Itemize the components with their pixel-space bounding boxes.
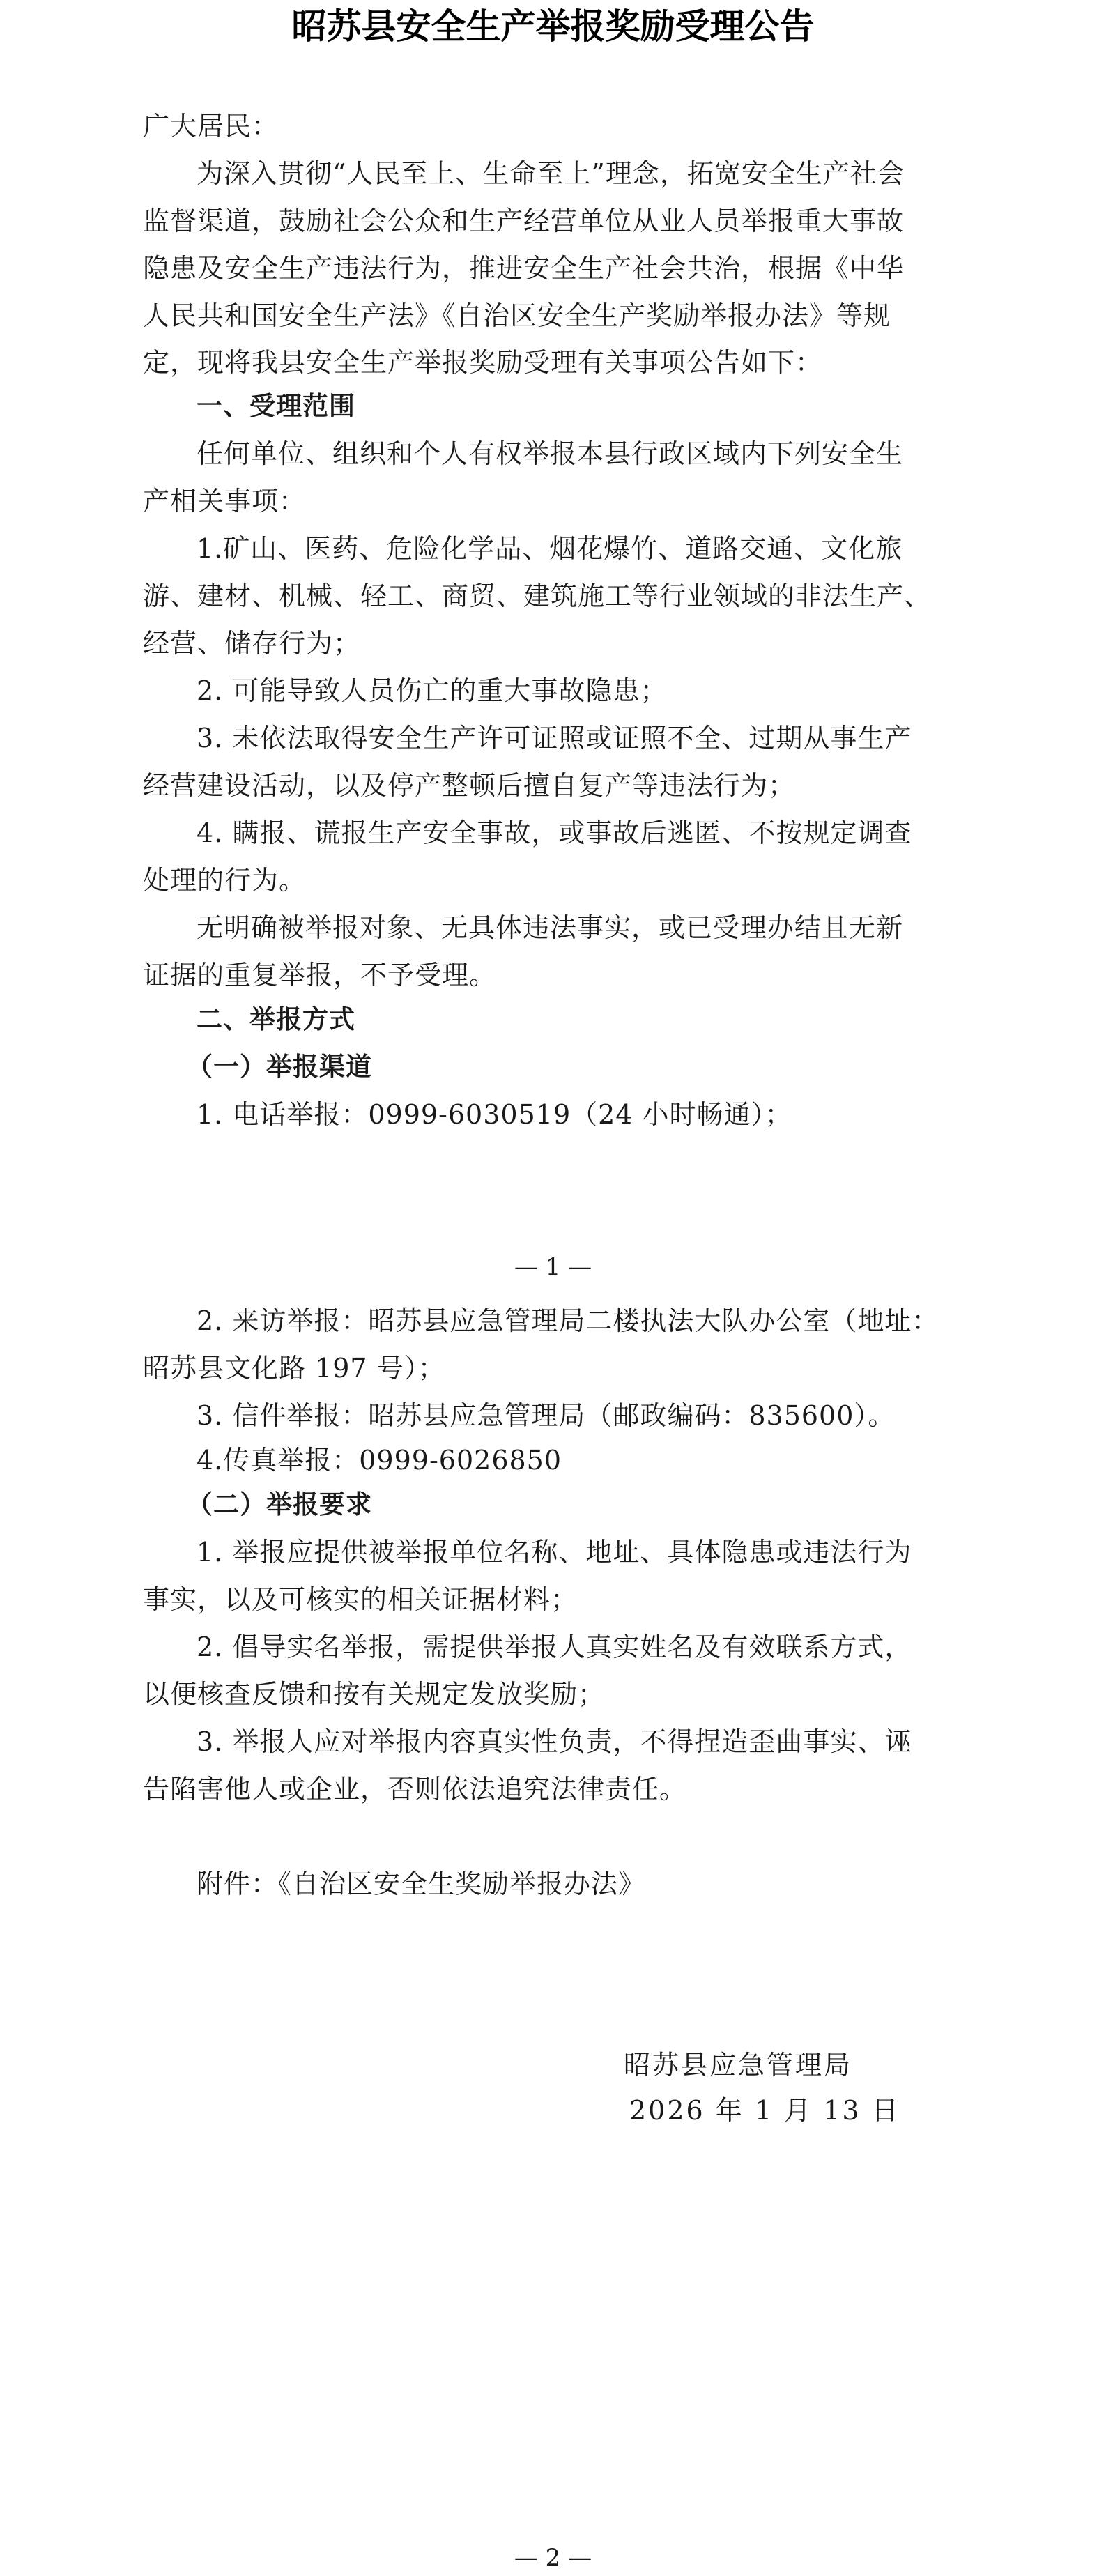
intro-line: 监督渠道，鼓励社会公众和生产经营单位从业人员举报重大事故	[143, 205, 965, 237]
list-item-line: 1.矿山、医药、危险化学品、烟花爆竹、道路交通、文化旅	[197, 532, 1019, 565]
paragraph-line: 证据的重复举报，不予受理。	[143, 959, 965, 991]
signature-organization: 昭苏县应急管理局	[624, 2049, 852, 2081]
signature-date: 2026 年 1 月 13 日	[629, 2094, 900, 2126]
list-item-line: 经营、储存行为；	[143, 627, 965, 659]
subsection-heading: （二）举报要求	[187, 1489, 1009, 1521]
intro-line: 隐患及安全生产违法行为，推进安全生产社会共治，根据《中华	[143, 252, 965, 284]
document-title: 昭苏县安全生产举报奖励受理公告	[0, 6, 1106, 47]
section-heading: 二、举报方式	[197, 1004, 1019, 1036]
intro-line: 人民共和国安全生产法》《自治区安全生产奖励举报办法》等规	[143, 300, 965, 332]
subsection-heading: （一）举报渠道	[187, 1051, 1009, 1083]
list-item-line: 经营建设活动，以及停产整顿后擅自复产等违法行为；	[143, 769, 965, 802]
list-item-line: 4. 瞒报、谎报生产安全事故，或事故后逃匿、不按规定调查	[197, 817, 1019, 849]
page-number: — 2 —	[0, 2544, 1106, 2572]
attachment-line: 附件：《自治区安全生奖励举报办法》	[197, 1868, 1019, 1900]
list-item-line: 1. 举报应提供被举报单位名称、地址、具体隐患或违法行为	[197, 1536, 1019, 1568]
list-item-line: 以便核查反馈和按有关规定发放奖励；	[143, 1678, 965, 1710]
list-item-line: 处理的行为。	[143, 864, 965, 896]
paragraph-line: 任何单位、组织和个人有权举报本县行政区域内下列安全生	[197, 438, 1019, 470]
list-item-line: 昭苏县文化路 197 号）；	[143, 1352, 965, 1384]
list-item-line: 2. 可能导致人员伤亡的重大事故隐患；	[197, 675, 1019, 707]
list-item-line: 2. 来访举报：昭苏县应急管理局二楼执法大队办公室（地址：	[197, 1305, 1019, 1337]
list-item-line: 事实，以及可核实的相关证据材料；	[143, 1584, 965, 1616]
list-item-line: 3. 信件举报：昭苏县应急管理局（邮政编码：835600）。	[197, 1400, 1019, 1432]
list-item-line: 告陷害他人或企业，否则依法追究法律责任。	[143, 1773, 965, 1805]
salutation: 广大居民：	[143, 110, 965, 142]
intro-line: 定，现将我县安全生产举报奖励受理有关事项公告如下：	[143, 346, 965, 378]
page-number: — 1 —	[0, 1253, 1106, 1281]
list-item-line: 2. 倡导实名举报，需提供举报人真实姓名及有效联系方式，	[197, 1631, 1019, 1663]
list-item-line: 4.传真举报：0999-6026850	[197, 1444, 1019, 1476]
list-item-line: 1. 电话举报：0999-6030519（24 小时畅通）；	[197, 1098, 1019, 1130]
paragraph-line: 产相关事项：	[143, 485, 965, 517]
list-item-line: 游、建材、机械、轻工、商贸、建筑施工等行业领域的非法生产、	[143, 580, 965, 612]
paragraph-line: 无明确被举报对象、无具体违法事实，或已受理办结且无新	[197, 912, 1019, 944]
list-item-line: 3. 未依法取得安全生产许可证照或证照不全、过期从事生产	[197, 722, 1019, 754]
intro-line: 为深入贯彻“人民至上、生命至上”理念，拓宽安全生产社会	[197, 158, 1019, 190]
list-item-line: 3. 举报人应对举报内容真实性负责，不得捏造歪曲事实、诬	[197, 1726, 1019, 1758]
section-heading: 一、受理范围	[197, 390, 1019, 422]
